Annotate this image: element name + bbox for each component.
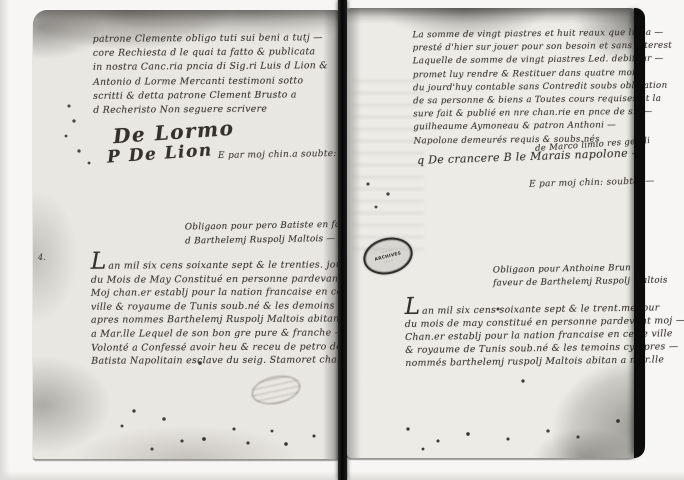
stamp-bottom-arc: ······ xyxy=(384,258,394,263)
left-obligation-body: Lan mil six cens soixante sept & le tren… xyxy=(91,255,363,368)
manuscript-line: d Recheristo Non seguere scrivere xyxy=(93,102,328,118)
scan-left-shadow xyxy=(0,0,10,480)
manuscript-line: Batista Napolitain esclave du seig. Stam… xyxy=(91,353,362,368)
witness-signature: q De crancere B le Marais napolone — xyxy=(417,146,643,167)
left-obligation-heading: Obligaon pour pero Batiste en faveur d B… xyxy=(185,218,362,248)
manuscript-line: d Barthelemj Ruspolj Maltois — xyxy=(185,232,362,249)
clerk-note-left: E par moj chin.a soubte: xyxy=(218,149,337,161)
left-paragraph-italian: patrone Clemente obligo tuti sui beni a … xyxy=(93,31,329,118)
manuscript-line: Lan mil six cens soixante sept & le tren… xyxy=(91,255,362,273)
folio-margin-mark: 4. xyxy=(38,253,46,262)
manuscript-line: Volonté a Confessé avoir heu & receu de … xyxy=(91,340,362,355)
manuscript-line: ville & royaume de Tunis soub.né & les d… xyxy=(91,299,362,314)
manuscript-line: Obligaon pour pero Batiste en faveur xyxy=(185,218,362,235)
scanned-document: patrone Clemente obligo tuti sui beni a … xyxy=(0,0,684,480)
faint-oval-stamp xyxy=(249,371,304,409)
ink-speckles-right xyxy=(347,8,349,10)
manuscript-line: scritti & detta patrone Clement Brusto a xyxy=(93,88,328,104)
manuscript-line: a Mar.lle Lequel de son bon gre pure & f… xyxy=(91,326,362,341)
manuscript-line: Moj chan.er establj pour la nation franc… xyxy=(91,285,362,300)
book-edge-black-band xyxy=(634,8,645,458)
ink-speckles-left xyxy=(33,10,35,12)
manuscript-line: du Mois de May Constitué en personne par… xyxy=(91,272,362,287)
manuscript-line: in nostra Canc.ria pncia di Sig.ri Luis … xyxy=(93,60,328,76)
binding-gutter xyxy=(338,0,347,480)
right-page: La somme de vingt piastres et huit reaux… xyxy=(347,8,645,458)
manuscript-line: Antonio d Lorme Mercanti testimoni sotto xyxy=(93,74,328,90)
manuscript-line: apres nommes Barthelemj Ruspolj Maltois … xyxy=(91,313,362,328)
left-page: patrone Clemente obligo tuti sui beni a … xyxy=(33,10,339,459)
